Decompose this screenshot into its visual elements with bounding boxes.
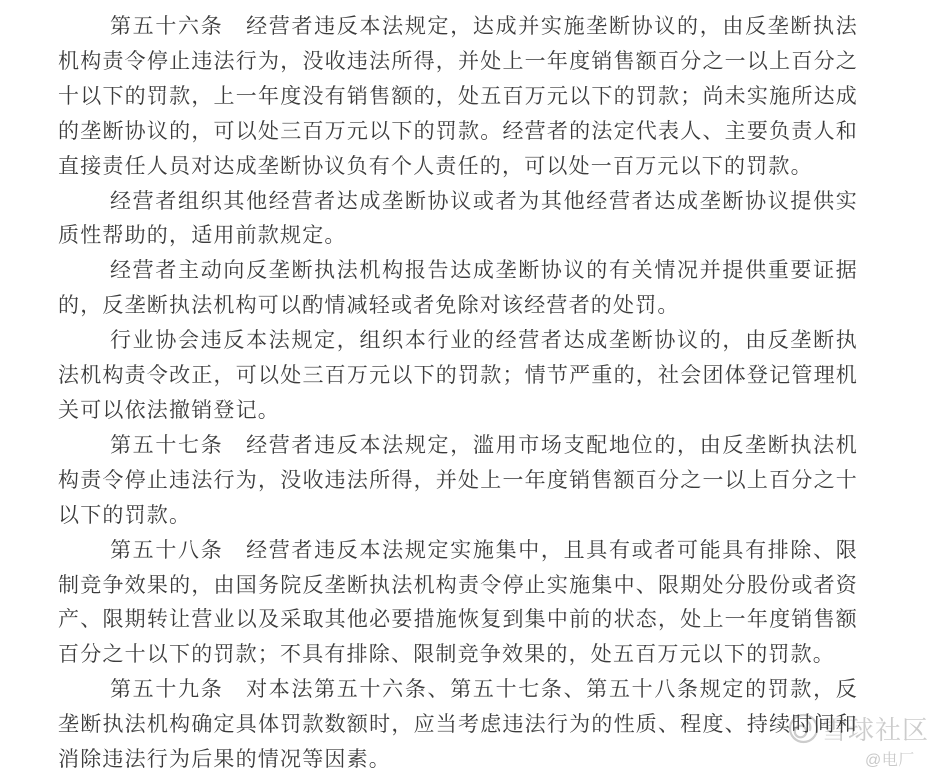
law-document-body: 第五十六条 经营者违反本法规定，达成并实施垄断协议的，由反垄断执法机构责令停止违… xyxy=(58,10,858,778)
watermark-author-handle: @电厂 xyxy=(865,747,915,770)
law-article-56-para-4: 行业协会违反本法规定，组织本行业的经营者达成垄断协议的，由反垄断执法机构责令改正… xyxy=(58,324,858,429)
law-article-56-para-1: 第五十六条 经营者违反本法规定，达成并实施垄断协议的，由反垄断执法机构责令停止违… xyxy=(58,10,858,185)
law-article-57: 第五十七条 经营者违反本法规定，滥用市场支配地位的，由反垄断执法机构责令停止违法… xyxy=(58,429,858,534)
law-article-58: 第五十八条 经营者违反本法规定实施集中，且具有或者可能具有排除、限制竞争效果的，… xyxy=(58,534,858,674)
law-article-59: 第五十九条 对本法第五十六条、第五十七条、第五十八条规定的罚款，反垄断执法机构确… xyxy=(58,673,858,778)
law-article-56-para-3: 经营者主动向反垄断执法机构报告达成垄断协议的有关情况并提供重要证据的，反垄断执法… xyxy=(58,254,858,324)
law-article-56-para-2: 经营者组织其他经营者达成垄断协议或者为其他经营者达成垄断协议提供实质性帮助的，适… xyxy=(58,185,858,255)
